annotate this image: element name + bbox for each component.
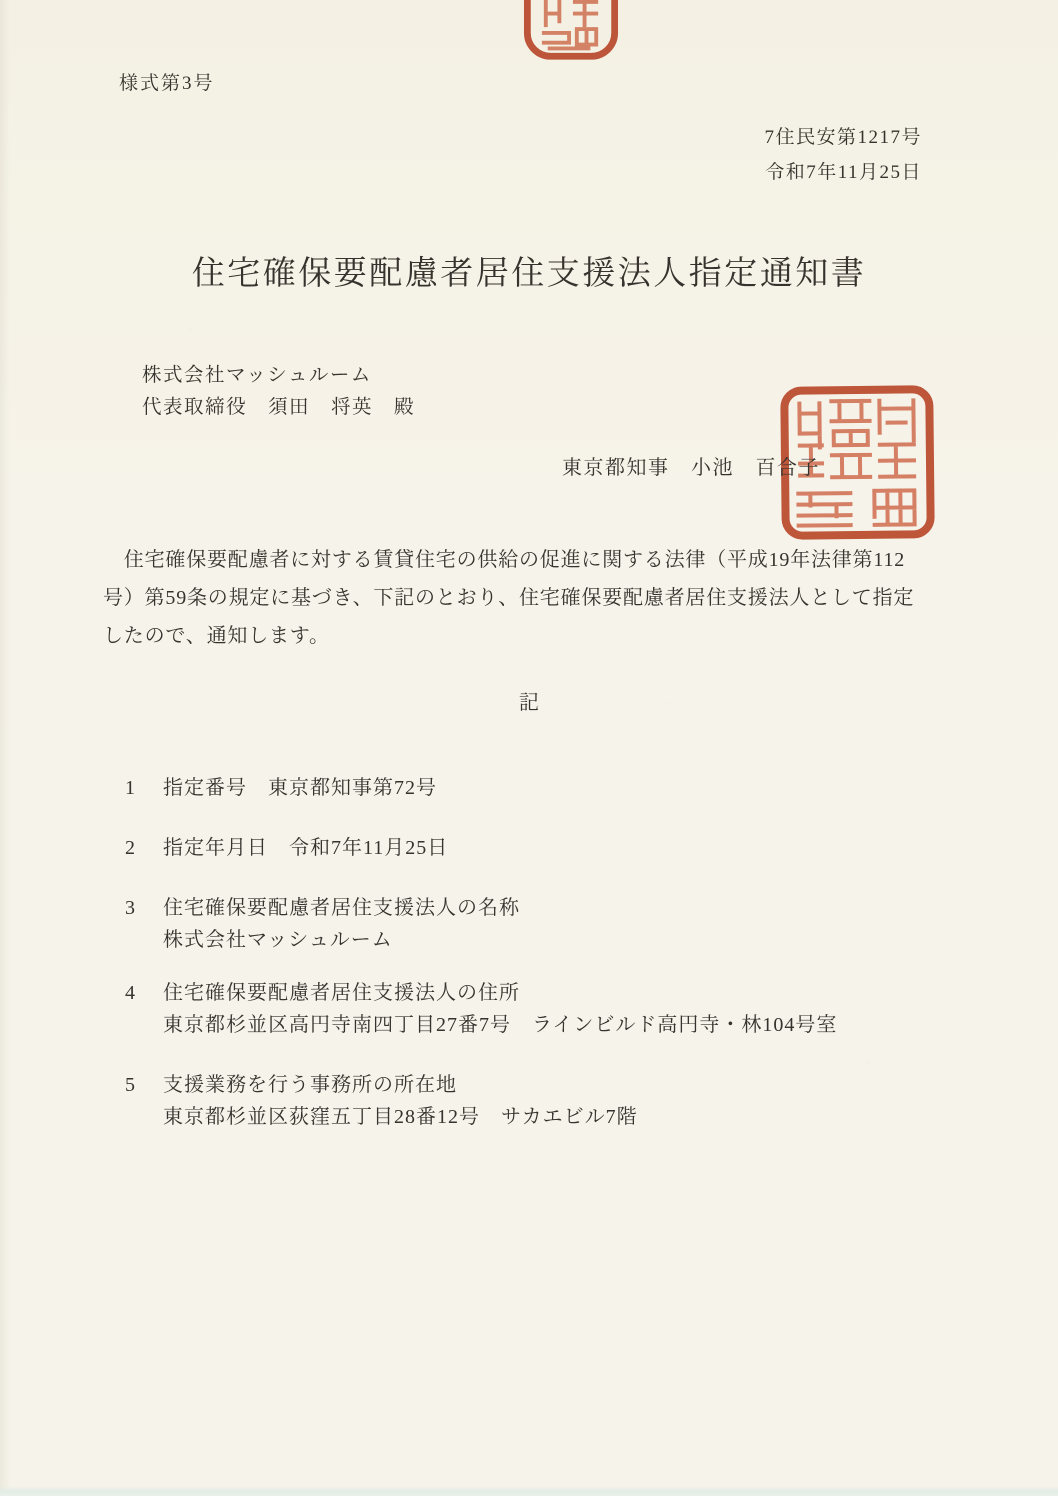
doc-number: 7住民安第1217号 [764,120,922,155]
item-label: 住宅確保要配慮者居住支援法人の名称 [163,897,520,919]
item-detail: 東京都杉並区荻窪五丁目28番12号 サカエビル7階 [163,1101,638,1133]
list-item: 2指定年月日 令和7年11月25日 [125,832,448,864]
issuer-name: 東京都知事 小池 百合子 [562,451,820,480]
body-line: 号）第59条の規定に基づき、下記のとおり、住宅確保要配慮者居住支援法人として指定 [103,579,963,617]
scan-edge-artifact [0,0,10,1496]
item-label: 住宅確保要配慮者居住支援法人の住所 [163,982,520,1004]
registry-seal-stamp-icon [519,0,623,64]
form-number: 様式第3号 [119,68,215,95]
item-number: 3 [125,892,163,924]
addressee-block: 株式会社マッシュルーム 代表取締役 須田 将英 殿 [142,360,415,424]
list-item: 4住宅確保要配慮者居住支援法人の住所 東京都杉並区高円寺南四丁目27番7号 ライ… [125,977,837,1041]
doc-number-date-block: 7住民安第1217号 令和7年11月25日 [764,120,922,190]
item-label: 指定番号 東京都知事第72号 [163,777,437,799]
list-item: 3住宅確保要配慮者居住支援法人の名称 株式会社マッシュルーム [125,892,520,956]
item-detail: 東京都杉並区高円寺南四丁目27番7号 ラインビルド高円寺・林104号室 [163,1009,837,1041]
item-number: 1 [125,772,163,804]
section-heading: 記 [0,686,1058,715]
item-number: 2 [125,832,163,864]
list-item: 5支援業務を行う事務所の所在地 東京都杉並区荻窪五丁目28番12号 サカエビル7… [125,1069,638,1133]
addressee-representative: 代表取締役 須田 将英 殿 [142,392,415,424]
body-line: 住宅確保要配慮者に対する賃貸住宅の供給の促進に関する法律（平成19年法律第112 [103,541,963,579]
scan-edge-artifact [0,1486,1058,1496]
addressee-company: 株式会社マッシュルーム [142,360,415,392]
body-line: したので、通知します。 [103,617,963,655]
scanned-document-page: 様式第3号 7住民安第1217号 令和7年11月25日 住宅確保要配慮者居住支援… [0,0,1058,1496]
item-label: 指定年月日 令和7年11月25日 [163,837,448,859]
list-item: 1指定番号 東京都知事第72号 [125,772,437,804]
item-number: 5 [125,1069,163,1101]
body-paragraph: 住宅確保要配慮者に対する賃貸住宅の供給の促進に関する法律（平成19年法律第112… [103,541,963,655]
item-number: 4 [125,977,163,1009]
doc-date: 令和7年11月25日 [764,155,922,190]
item-detail: 株式会社マッシュルーム [163,924,520,956]
document-title: 住宅確保要配慮者居住支援法人指定通知書 [0,247,1058,294]
item-label: 支援業務を行う事務所の所在地 [163,1074,457,1096]
